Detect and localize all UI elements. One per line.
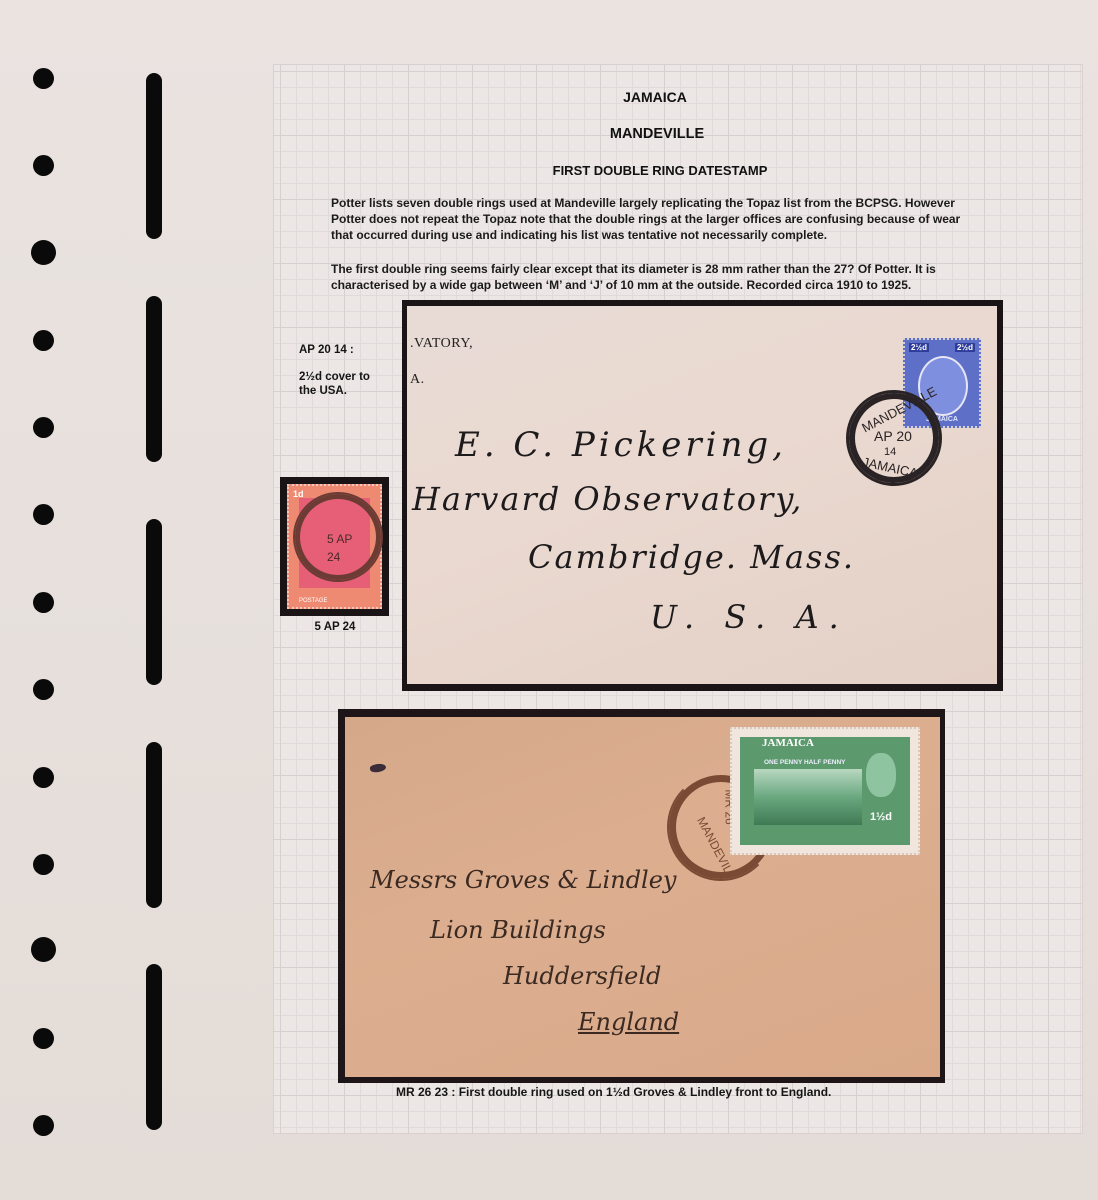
page-title-country: JAMAICA (605, 89, 705, 105)
binder-hole (33, 330, 54, 351)
binder-hole (33, 679, 54, 700)
stamp-value: 1d (293, 489, 304, 499)
binder-slot (146, 296, 162, 462)
cover-2-address-line: Messrs Groves & Lindley (370, 866, 677, 894)
binder-hole (33, 1028, 54, 1049)
cover-2-address-line: Huddersfield (503, 962, 661, 990)
cover-1-date: AP 20 14 : (299, 343, 354, 357)
cover-1-description: 2½d cover to the USA. (299, 370, 389, 398)
stamp-label: POSTAGE (299, 598, 328, 604)
binder-hole (33, 1115, 54, 1136)
page-title-town: MANDEVILLE (597, 126, 717, 142)
postmark-year: 14 (884, 446, 896, 458)
stamp-caption: 5 AP 24 (310, 620, 360, 634)
ship-scene-icon (754, 769, 862, 825)
stamp-subtitle: ONE PENNY HALF PENNY (764, 759, 846, 766)
description-paragraph-1: Potter lists seven double rings used at … (331, 195, 981, 243)
binder-hole (33, 417, 54, 438)
binder-hole (33, 504, 54, 525)
postmark-date: 5 AP (327, 532, 352, 546)
binder-hole (33, 767, 54, 788)
stamp-value: 1½d (870, 811, 892, 823)
binder-slot (146, 964, 162, 1130)
page-subtitle: FIRST DOUBLE RING DATESTAMP (550, 163, 770, 178)
cover-1-address-line: E. C. Pickering, (455, 425, 787, 465)
cover-1-address-line: Cambridge. Mass. (528, 538, 855, 576)
stamp-value: 2½d (955, 343, 975, 352)
binder-hole (31, 240, 56, 265)
stamp-red-1d: 1d 5 AP 24 POSTAGE (287, 484, 382, 609)
cover-2-caption: MR 26 23 : First double ring used on 1½d… (396, 1085, 831, 1099)
cover-2-address-line: England (578, 1008, 679, 1036)
binder-slot (146, 73, 162, 239)
stamp-country: JAMAICA (762, 737, 814, 749)
binder-slot (146, 519, 162, 685)
cover-2-address-line: Lion Buildings (430, 916, 606, 944)
binder-hole (33, 854, 54, 875)
cover-1-address-line: U. S. A. (650, 598, 849, 636)
cover-1-address-line: Harvard Observatory, (412, 480, 803, 518)
binder-hole (31, 937, 56, 962)
binder-hole (33, 155, 54, 176)
postmark-date: AP 20 (874, 428, 912, 444)
cover-1-printed-text: .VATORY, (410, 336, 473, 352)
stamp-value: 2½d (909, 343, 929, 352)
binder-hole (33, 592, 54, 613)
king-portrait-icon (866, 753, 896, 797)
postmark-year: 24 (327, 550, 340, 564)
description-paragraph-2: The first double ring seems fairly clear… (331, 261, 981, 293)
cover-1-printed-text: A. (410, 372, 425, 388)
binder-slot (146, 742, 162, 908)
stamp-contingent-embarking: JAMAICA ONE PENNY HALF PENNY 1½d (730, 727, 920, 855)
binder-hole (33, 68, 54, 89)
